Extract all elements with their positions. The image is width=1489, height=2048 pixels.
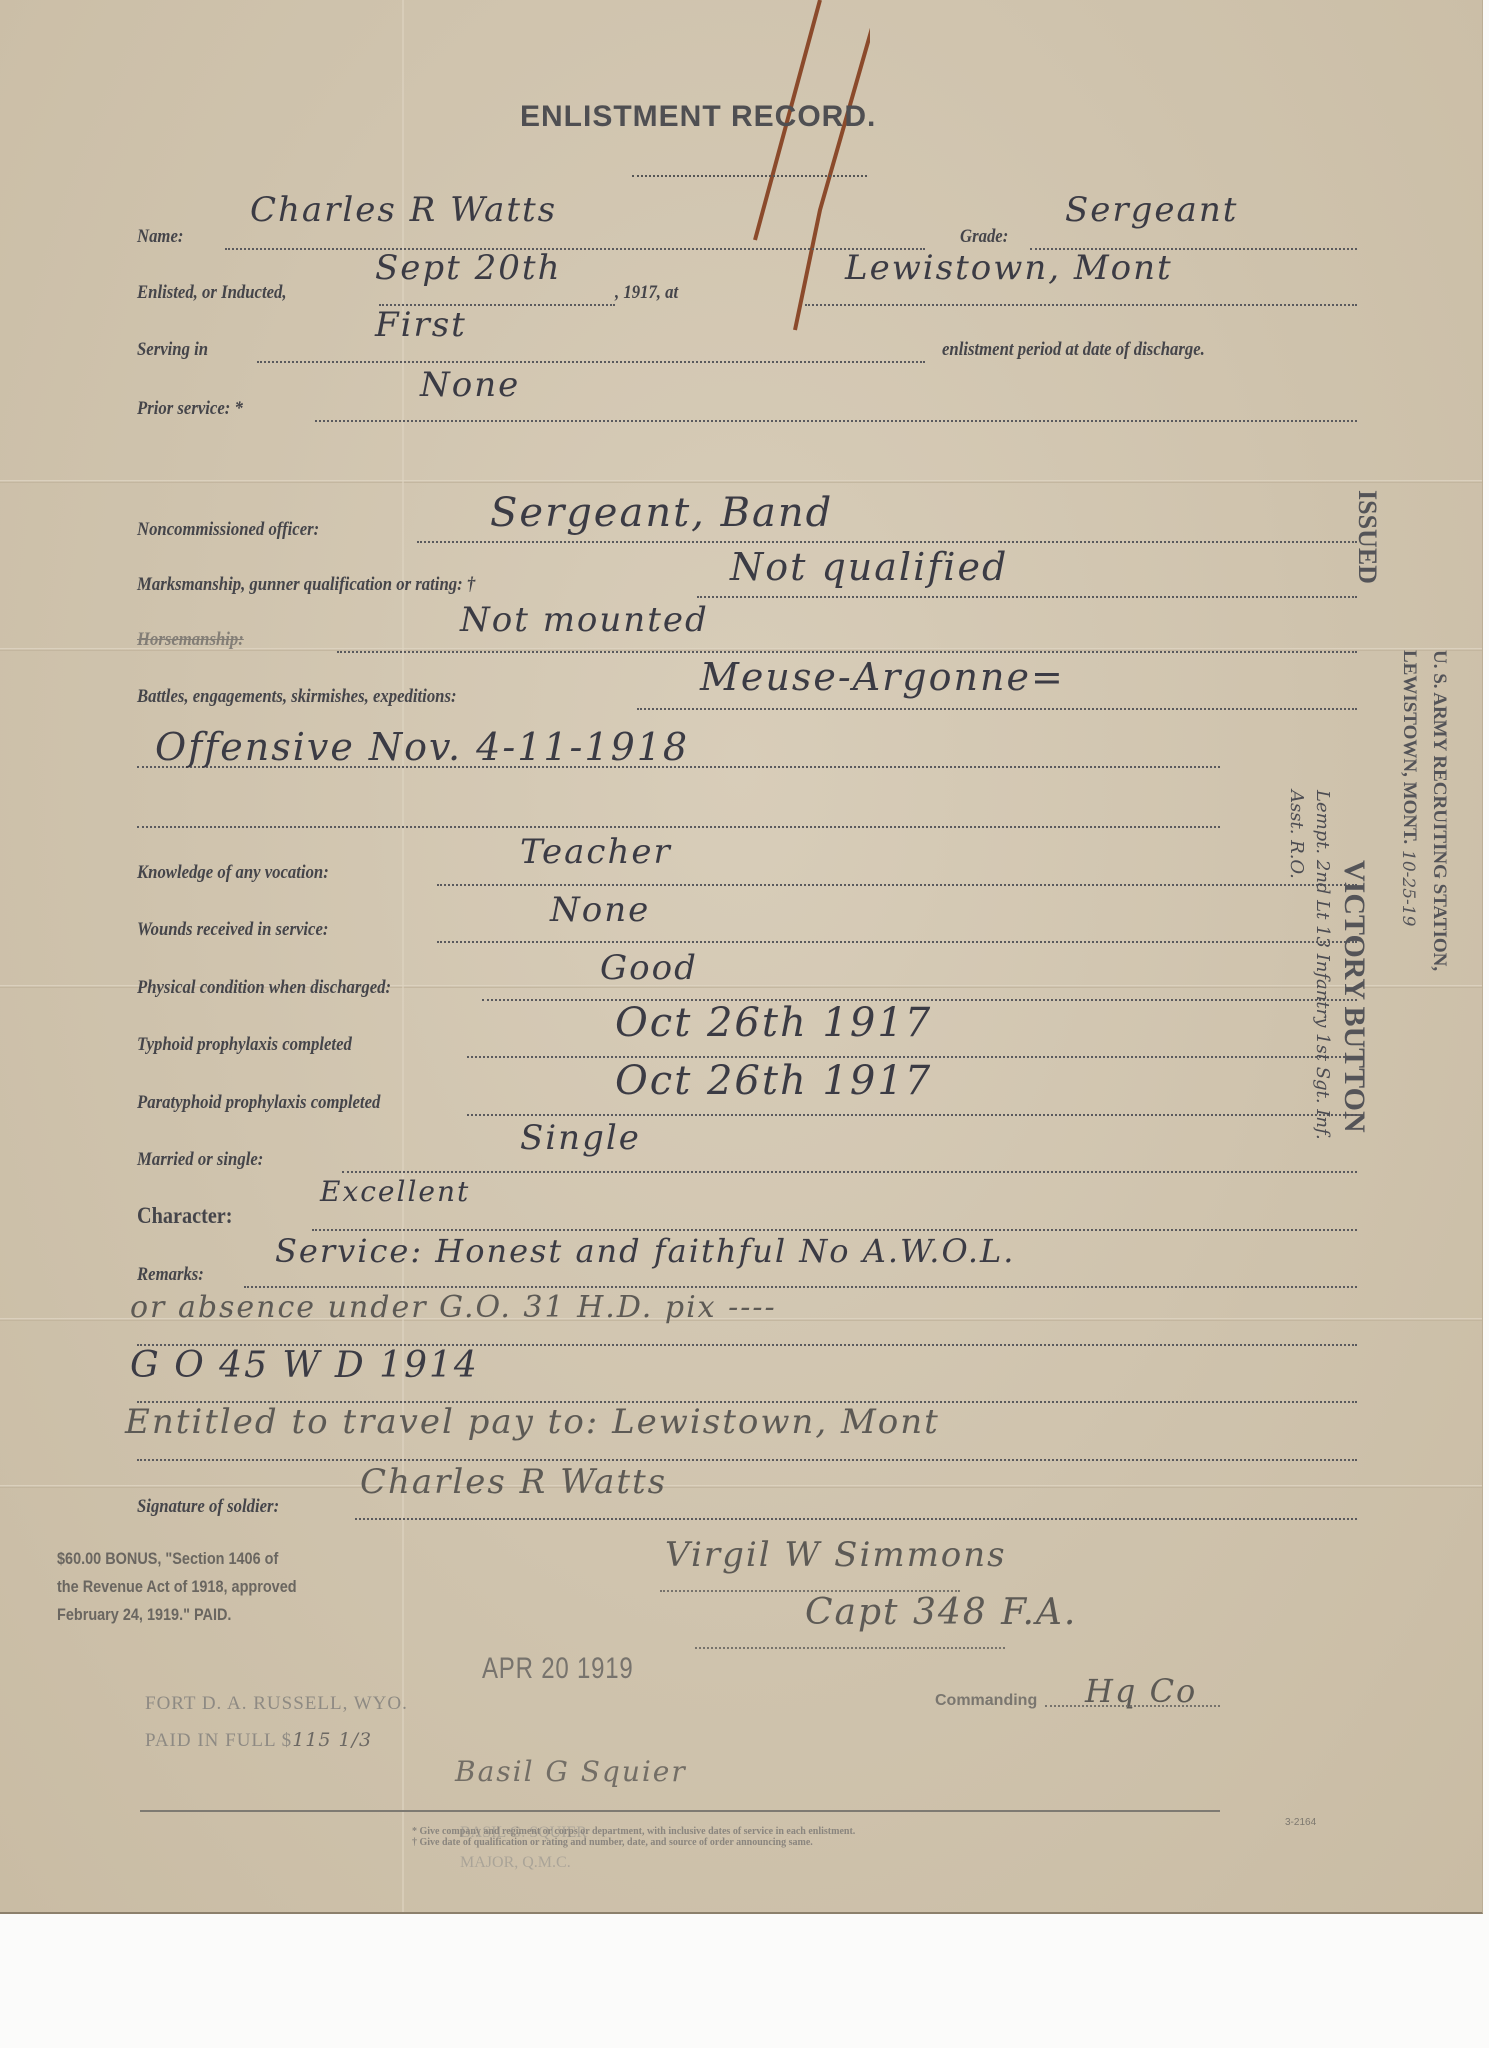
- serving-row: Serving in enlistment period at date of …: [137, 325, 1350, 365]
- character-row: Character:: [137, 1193, 1350, 1233]
- paid-amount: 115 1/3: [292, 1729, 372, 1751]
- fold-crease: [0, 480, 1482, 483]
- enlisted-date-value: Sept 20th: [375, 248, 561, 288]
- marksmanship-label: Marksmanship, gunner qualification or ra…: [137, 574, 475, 596]
- wounds-row: Wounds received in service:: [137, 905, 1350, 945]
- soldier-signature: Charles R Watts: [360, 1462, 667, 1502]
- remarks-line-3: G O 45 W D 1914: [130, 1345, 479, 1386]
- form-number: 3-2164: [1285, 1817, 1316, 1828]
- paratyphoid-value: Oct 26th 1917: [615, 1058, 932, 1104]
- name-label: Name:: [137, 226, 183, 248]
- horsemanship-label: Horsemanship:: [137, 629, 244, 651]
- vocation-label: Knowledge of any vocation:: [137, 862, 329, 884]
- prior-service-value: None: [420, 365, 520, 405]
- paratyphoid-label: Paratyphoid prophylaxis completed: [137, 1092, 380, 1114]
- signature-label: Signature of soldier:: [137, 1496, 279, 1518]
- handwritten-side-note: Lempt. 2nd Lt 13 Infantry 1st Sgt. Inf. …: [1255, 790, 1335, 1170]
- marksmanship-value: Not qualified: [730, 545, 1008, 589]
- typhoid-value: Oct 26th 1917: [615, 1000, 932, 1046]
- nco-label: Noncommissioned officer:: [137, 519, 319, 541]
- grade-value: Sergeant: [1065, 190, 1238, 230]
- remarks-label: Remarks:: [137, 1264, 204, 1286]
- payment-stamp: FORT D. A. RUSSELL, WYO. PAID IN FULL $1…: [145, 1685, 408, 1759]
- date-stamp: APR 20 1919: [482, 1652, 634, 1686]
- enlisted-place-value: Lewistown, Mont: [845, 248, 1173, 288]
- physical-row: Physical condition when discharged:: [137, 963, 1350, 1003]
- horsemanship-value: Not mounted: [460, 600, 709, 640]
- character-label: Character:: [137, 1203, 233, 1229]
- marital-row: Married or single:: [137, 1135, 1350, 1175]
- enlistment-record-page: ENLISTMENT RECORD. Name: Grade: Charles …: [0, 0, 1483, 1914]
- nco-value: Sergeant, Band: [490, 490, 833, 536]
- paymaster-signature: Basil G Squier: [455, 1755, 687, 1788]
- bottom-rule: [140, 1810, 1220, 1812]
- remarks-line-2: or absence under G.O. 31 H.D. pix ----: [130, 1290, 777, 1325]
- stamp-date: 10-25-19: [1398, 850, 1418, 926]
- enlisted-label: Enlisted, or Inducted,: [137, 282, 287, 304]
- remarks-line-4: Entitled to travel pay to: Lewistown, Mo…: [125, 1402, 940, 1442]
- page-title: ENLISTMENT RECORD.: [520, 100, 876, 134]
- vocation-row: Knowledge of any vocation:: [137, 848, 1350, 888]
- officer-signature: Virgil W Simmons: [665, 1535, 1007, 1575]
- battles-label: Battles, engagements, skirmishes, expedi…: [137, 686, 457, 708]
- vocation-value: Teacher: [520, 832, 672, 872]
- battles-value-line2: Offensive Nov. 4-11-1918: [155, 725, 689, 769]
- officer-rank: Capt 348 F.A.: [805, 1592, 1077, 1633]
- prior-service-label: Prior service: *: [137, 398, 243, 420]
- remarks-line-1: Service: Honest and faithful No A.W.O.L.: [275, 1232, 1015, 1270]
- serving-suffix: enlistment period at date of discharge.: [942, 339, 1205, 361]
- physical-label: Physical condition when discharged:: [137, 977, 391, 999]
- title-rule: [632, 175, 867, 177]
- signature-row: Signature of soldier:: [137, 1482, 1350, 1522]
- serving-label: Serving in: [137, 339, 208, 361]
- recruiting-station-stamp: U. S. ARMY RECRUITING STATION,: [1428, 650, 1450, 971]
- enlisted-year: , 1917, at: [615, 282, 678, 304]
- character-value: Excellent: [320, 1175, 470, 1208]
- wounds-label: Wounds received in service:: [137, 919, 328, 941]
- name-value: Charles R Watts: [250, 190, 557, 230]
- serving-value: First: [375, 305, 467, 345]
- location-stamp: LEWISTOWN, MONT.: [1398, 650, 1420, 844]
- horsemanship-row: Horsemanship:: [137, 615, 1350, 655]
- bonus-stamp: $60.00 BONUS, "Section 1406 of the Reven…: [57, 1545, 297, 1629]
- wounds-value: None: [550, 890, 650, 930]
- marital-label: Married or single:: [137, 1149, 263, 1171]
- footnotes: * Give company and regiment or corps or …: [412, 1826, 855, 1848]
- battles-value: Meuse-Argonne=: [700, 655, 1065, 699]
- victory-button-stamp: VICTORY BUTTON: [1337, 860, 1371, 1133]
- marital-value: Single: [520, 1118, 641, 1158]
- issued-stamp: ISSUED: [1352, 490, 1382, 584]
- prior-service-row: Prior service: *: [137, 384, 1350, 424]
- grade-label: Grade:: [960, 226, 1008, 248]
- commanding-label: Commanding: [935, 1692, 1037, 1710]
- physical-value: Good: [600, 948, 698, 988]
- typhoid-label: Typhoid prophylaxis completed: [137, 1034, 352, 1056]
